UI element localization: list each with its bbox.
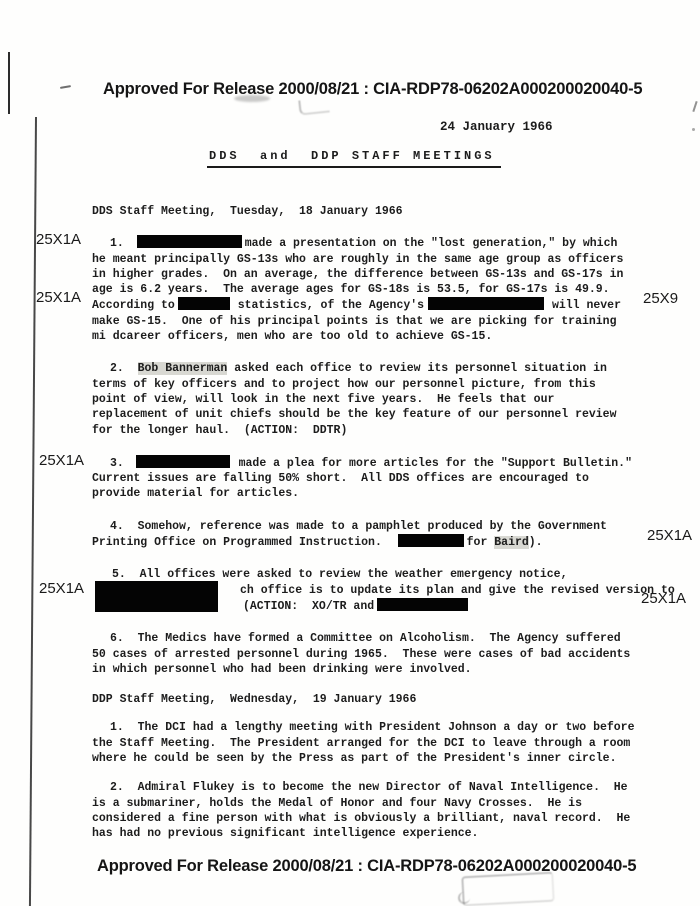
paragraph-dds-5: 5. All offices were asked to review the … bbox=[92, 567, 635, 614]
paragraph-ddp-2: 2. Admiral Flukey is to become the new D… bbox=[92, 780, 635, 841]
release-stamp-bottom: Approved For Release 2000/08/21 : CIA-RD… bbox=[97, 857, 636, 876]
paragraph-text: ). bbox=[529, 536, 543, 549]
document-title: DDS and DDP STAFF MEETINGS bbox=[207, 149, 501, 168]
document-body: DDS Staff Meeting, Tuesday, 18 January 1… bbox=[92, 204, 635, 842]
release-stamp-top: Approved For Release 2000/08/21 : CIA-RD… bbox=[103, 80, 642, 99]
scan-artifact-speck bbox=[692, 128, 695, 131]
margin-code: 25X1A bbox=[36, 289, 81, 306]
paragraph-number: 1. bbox=[110, 237, 131, 250]
paragraph-dds-3: 3. made a plea for more articles for the… bbox=[92, 455, 635, 502]
redaction-box bbox=[178, 297, 230, 310]
redaction-box bbox=[377, 598, 468, 611]
scanned-document-page: Approved For Release 2000/08/21 : CIA-RD… bbox=[0, 0, 700, 906]
redaction-box bbox=[428, 297, 544, 310]
scan-artifact-speck bbox=[692, 101, 697, 112]
paragraph-text: (ACTION: XO/TR and bbox=[243, 600, 374, 613]
paragraph-text: for bbox=[467, 536, 495, 549]
ddp-section-heading: DDP Staff Meeting, Wednesday, 19 January… bbox=[92, 692, 635, 707]
paragraph-dds-6: 6. The Medics have formed a Committee on… bbox=[92, 631, 635, 677]
redaction-box bbox=[398, 534, 464, 547]
page-edge-line-top bbox=[8, 52, 10, 114]
paragraph-number: 3. bbox=[110, 457, 131, 470]
paragraph-text: statistics, of the Agency's bbox=[231, 299, 424, 312]
paragraph-ddp-1: 1. The DCI had a lengthy meeting with Pr… bbox=[92, 720, 635, 766]
scan-artifact-smudge bbox=[298, 97, 329, 115]
scan-artifact-stamp-ghost bbox=[458, 892, 470, 904]
margin-code: 25X1A bbox=[39, 452, 84, 469]
margin-code: 25X1A bbox=[36, 231, 81, 248]
paragraph-number: 2. bbox=[110, 362, 138, 375]
dds-section-heading: DDS Staff Meeting, Tuesday, 18 January 1… bbox=[92, 204, 635, 219]
paragraph-dds-1: 1. made a presentation on the "lost gene… bbox=[92, 235, 635, 344]
margin-code: 25X1A bbox=[647, 527, 692, 544]
margin-code: 25X1A bbox=[39, 580, 84, 597]
paragraph-number: 4. bbox=[110, 520, 138, 533]
margin-code: 25X9 bbox=[643, 290, 678, 307]
highlighted-name: Baird bbox=[494, 536, 529, 549]
document-date: 24 January 1966 bbox=[440, 120, 553, 134]
scan-artifact-dash bbox=[60, 85, 71, 89]
redaction-box-large bbox=[95, 581, 218, 612]
paragraph-dds-2: 2. Bob Bannerman asked each office to re… bbox=[92, 361, 635, 437]
redaction-box bbox=[137, 235, 242, 248]
scan-artifact-stamp-ghost bbox=[461, 872, 554, 906]
paragraph-text: 5. All offices were asked to review the … bbox=[92, 567, 635, 582]
highlighted-name: Bob Bannerman bbox=[138, 362, 228, 375]
paragraph-dds-4: 4. Somehow, reference was made to a pamp… bbox=[92, 519, 635, 551]
redaction-box bbox=[136, 455, 230, 468]
